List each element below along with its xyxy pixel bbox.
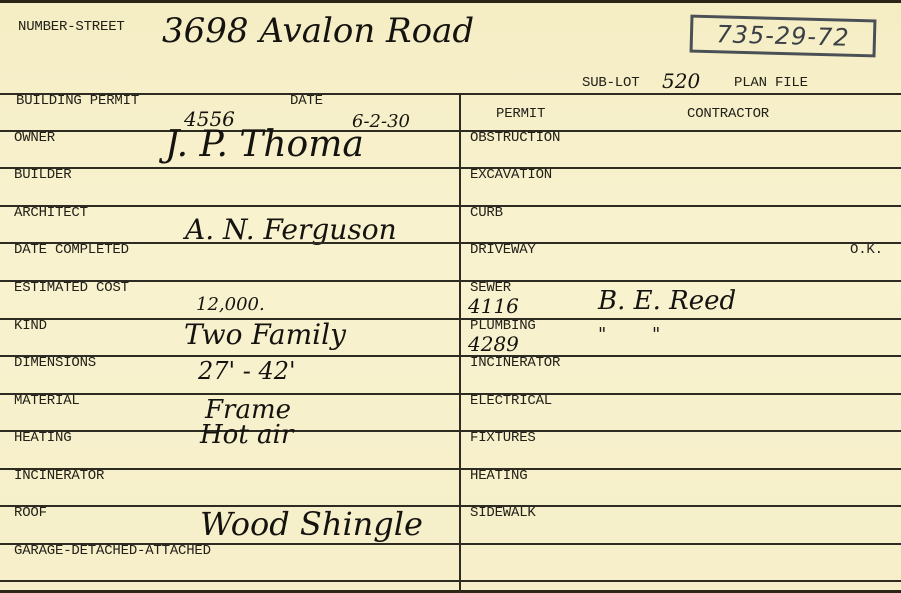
permit-type-label: INCINERATOR	[470, 355, 560, 371]
permit-record-card: NUMBER-STREET 3698 Avalon Road 735-29-72…	[0, 0, 901, 593]
field-label: BUILDER	[14, 167, 71, 183]
permit-type-label: EXCAVATION	[470, 167, 552, 183]
permit-type-label: ELECTRICAL	[470, 393, 552, 409]
contractor-name: " "	[598, 324, 660, 345]
field-value: 27' - 42'	[198, 357, 296, 385]
field-value: J. P. Thoma	[165, 124, 364, 165]
field-label: ESTIMATED COST	[14, 280, 129, 296]
field-label: DATE COMPLETED	[14, 242, 129, 258]
permit-column-header: PERMIT	[496, 106, 545, 122]
permit-type-label: CURB	[470, 205, 503, 221]
field-value: Hot air	[200, 420, 293, 450]
contractor-name: B. E. Reed	[598, 286, 736, 316]
row-rule	[460, 280, 901, 282]
field-label: INCINERATOR	[14, 468, 104, 484]
field-label: ARCHITECT	[14, 205, 88, 221]
permit-type-label: FIXTURES	[470, 430, 536, 446]
permit-type-label: OBSTRUCTION	[470, 130, 560, 146]
sublot-value: 520	[662, 69, 700, 93]
row-rule	[460, 543, 901, 545]
permit-number: 4289	[468, 332, 519, 356]
field-value: Two Family	[184, 318, 346, 351]
field-label: HEATING	[14, 430, 71, 446]
field-label: GARAGE-DETACHED-ATTACHED	[14, 543, 211, 559]
field-label: OWNER	[14, 130, 55, 146]
plan-file-label: PLAN FILE	[734, 75, 808, 91]
record-number-stamp: 735-29-72	[690, 15, 877, 58]
row-rule	[460, 205, 901, 207]
field-label: KIND	[14, 318, 47, 334]
permit-type-label: HEATING	[470, 468, 527, 484]
sublot-label: SUB-LOT	[582, 75, 639, 91]
field-label: MATERIAL	[14, 393, 80, 409]
row-rule	[0, 580, 459, 582]
contractor-column-header: CONTRACTOR	[687, 106, 769, 122]
permit-type-label: SIDEWALK	[470, 505, 536, 521]
date-label: DATE	[290, 93, 323, 109]
row-rule	[460, 580, 901, 582]
number-street-label: NUMBER-STREET	[18, 19, 125, 35]
field-label: ROOF	[14, 505, 47, 521]
field-value: Wood Shingle	[200, 505, 423, 543]
field-value: 12,000.	[196, 294, 265, 315]
number-street-value: 3698 Avalon Road	[162, 11, 474, 51]
field-label: DIMENSIONS	[14, 355, 96, 371]
building-permit-label: BUILDING PERMIT	[16, 93, 139, 109]
permit-type-label: DRIVEWAY	[470, 242, 536, 258]
approval-note: O.K.	[850, 242, 883, 258]
permit-number: 4116	[468, 294, 519, 318]
